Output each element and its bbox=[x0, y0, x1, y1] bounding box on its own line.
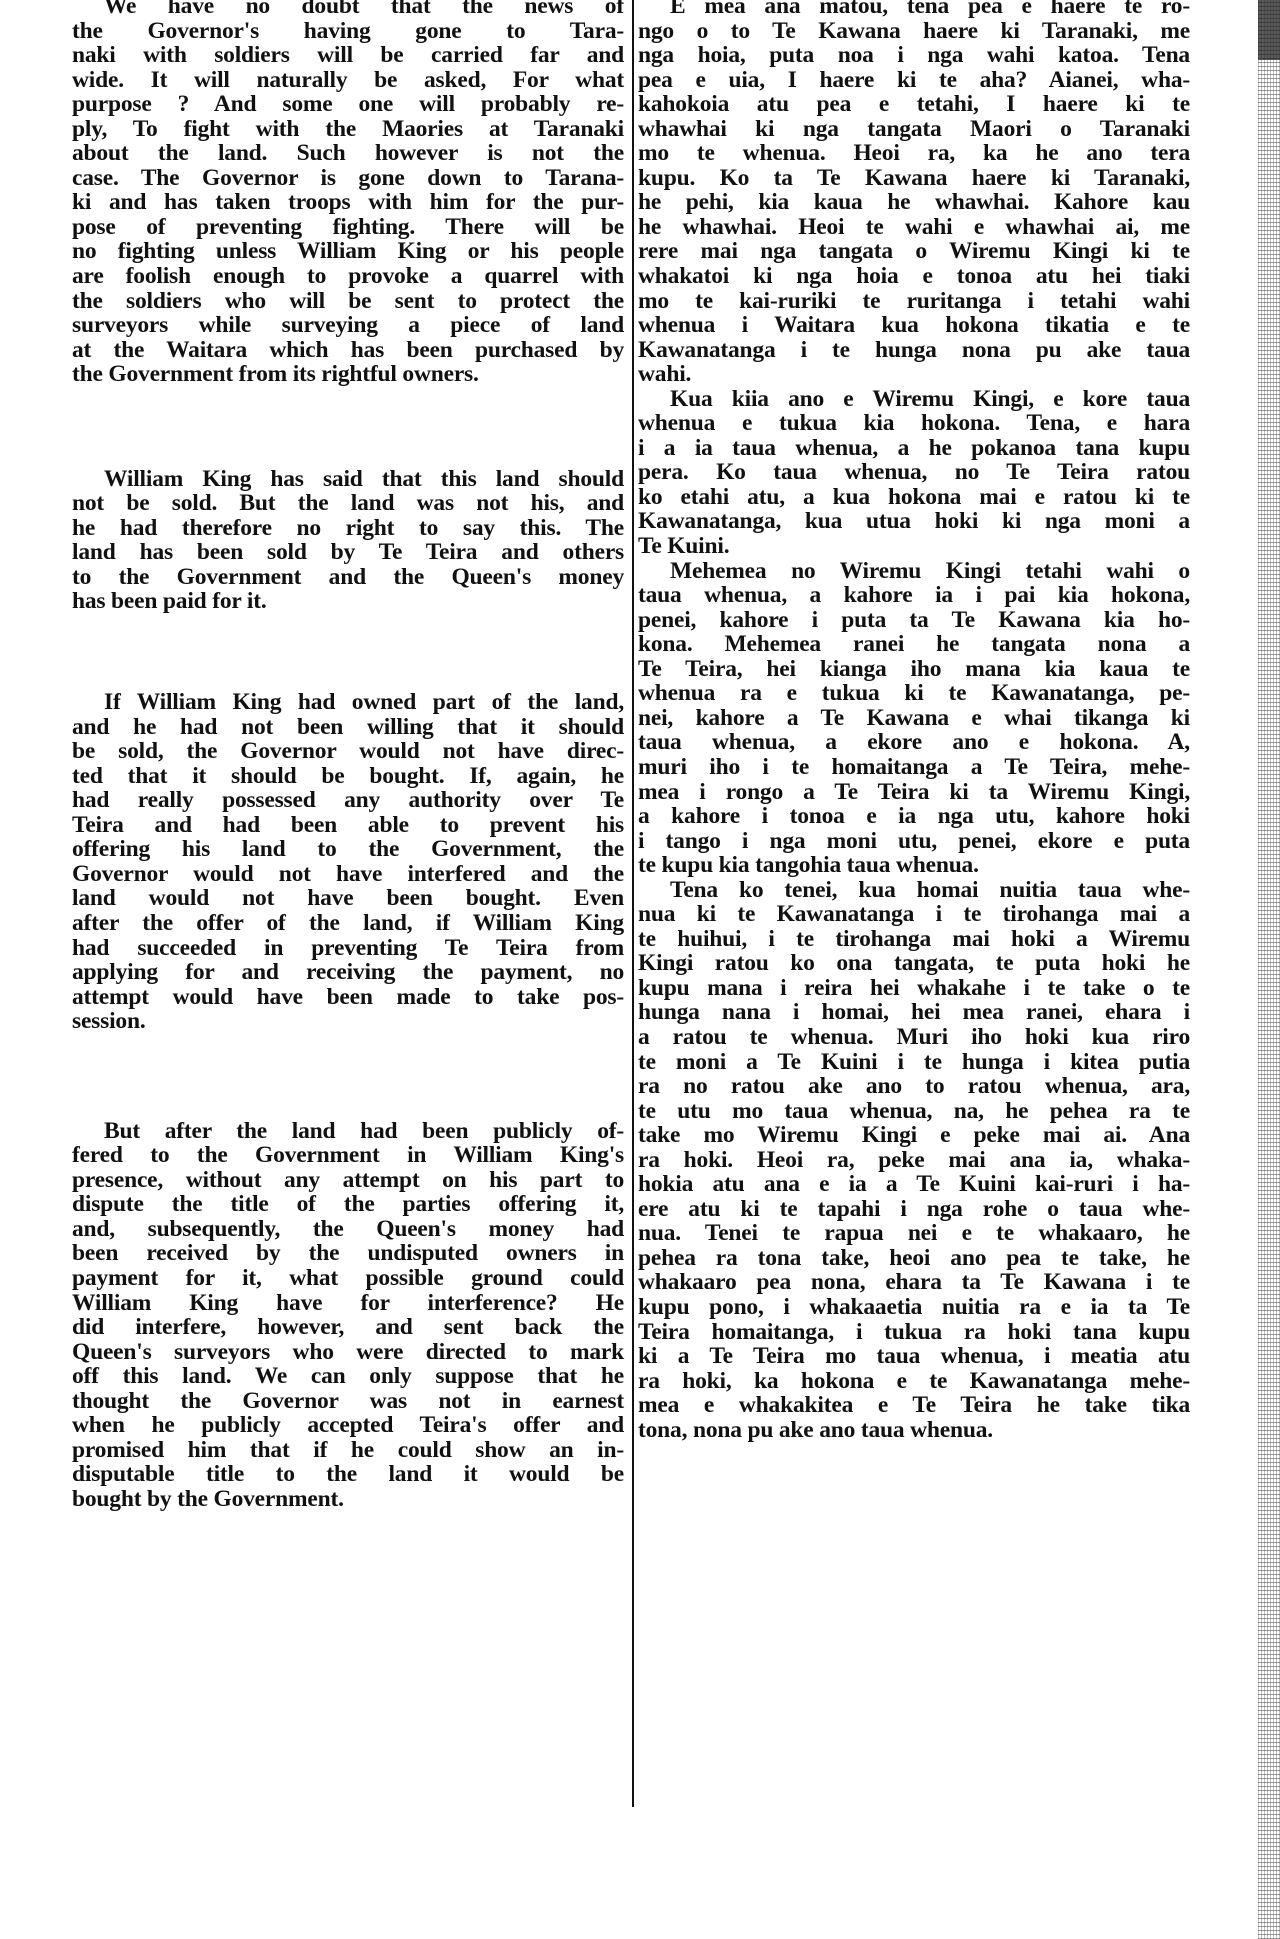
text-line: thought the Governor was not in earnest bbox=[72, 1389, 624, 1414]
text-line: nua ki te Kawanatanga i te tirohanga mai… bbox=[638, 902, 1190, 927]
text-line: kupu pono, i whakaaetia nuitia ra e ia t… bbox=[638, 1295, 1190, 1320]
text-line: mo te kai-ruriki te ruritanga i tetahi w… bbox=[638, 289, 1190, 314]
text-line: and he had not been willing that it shou… bbox=[72, 715, 624, 740]
text-line: hokia atu ana e ia a Te Kuini kai-ruri i… bbox=[638, 1172, 1190, 1197]
text-line: muri iho i te homaitanga a Te Teira, meh… bbox=[638, 755, 1190, 780]
text-line: a kahore i tonoa e ia nga utu, kahore ho… bbox=[638, 804, 1190, 829]
text-line: disputable title to the land it would be bbox=[72, 1462, 624, 1487]
text-line: at the Waitara which has been purchased … bbox=[72, 338, 624, 363]
text-line: ere atu ki te tapahi i nga rohe o taua w… bbox=[638, 1197, 1190, 1222]
text-line: whawhai ki nga tangata Maori o Taranaki bbox=[638, 117, 1190, 142]
text-line: wahi. bbox=[638, 362, 1190, 387]
text-line: kona. Mehemea ranei he tangata nona a bbox=[638, 632, 1190, 657]
paragraph-4: Tena ko tenei, kua homai nuitia taua whe… bbox=[638, 878, 1190, 1443]
text-line: ki and has taken troops with him for the… bbox=[72, 190, 624, 215]
text-line: Kingi ratou ko ona tangata, te puta hoki… bbox=[638, 951, 1190, 976]
text-line: nua. Tenei te rapua nei e te whakaaro, h… bbox=[638, 1221, 1190, 1246]
text-line: whakatoi ki nga hoia e tonoa atu hei tia… bbox=[638, 264, 1190, 289]
maori-column: E mea ana matou, tena pea e haere te ro-… bbox=[638, 0, 1190, 1442]
text-line: wide. It will naturally be asked, For wh… bbox=[72, 68, 624, 93]
text-line: kupu mana i reira hei whakahe i te take … bbox=[638, 976, 1190, 1001]
text-line: Governor would not have interfered and t… bbox=[72, 862, 624, 887]
paragraph-2: Kua kiia ano e Wiremu Kingi, e kore taua… bbox=[638, 387, 1190, 559]
text-line: did interfere, however, and sent back th… bbox=[72, 1315, 624, 1340]
text-line: whakaaro pea nona, ehara ta Te Kawana i … bbox=[638, 1270, 1190, 1295]
text-line: be sold, the Governor would not have dir… bbox=[72, 739, 624, 764]
text-line: taua whenua, a kahore ia i pai kia hokon… bbox=[638, 583, 1190, 608]
text-line: te kupu kia tangohia taua whenua. bbox=[638, 853, 1190, 878]
text-line: land would not have been bought. Even bbox=[72, 886, 624, 911]
paragraph-4: But after the land had been publicly of-… bbox=[72, 1119, 624, 1512]
text-line: naki with soldiers will be carried far a… bbox=[72, 43, 624, 68]
paragraph-3: If William King had owned part of the la… bbox=[72, 690, 624, 1034]
text-line: Kawanatanga i te hunga nona pu ake taua bbox=[638, 338, 1190, 363]
text-line: ko etahi atu, a kua hokona mai e ratou k… bbox=[638, 485, 1190, 510]
text-line: mo te whenua. Heoi ra, ka he ano tera bbox=[638, 141, 1190, 166]
text-line: been received by the undisputed owners i… bbox=[72, 1241, 624, 1266]
text-line: E mea ana matou, tena pea e haere te ro- bbox=[638, 0, 1190, 19]
paragraph-gap bbox=[72, 387, 624, 467]
text-line: Teira and had been able to prevent his bbox=[72, 813, 624, 838]
text-line: pea e uia, I haere ki te aha? Aianei, wh… bbox=[638, 68, 1190, 93]
text-line: pehea ra tona take, heoi ano pea te take… bbox=[638, 1246, 1190, 1271]
column-divider bbox=[632, 0, 634, 1807]
text-line: Kawanatanga, kua utua hoki ki nga moni a bbox=[638, 509, 1190, 534]
text-line: hunga nana i homai, hei mea ranei, ehara… bbox=[638, 1000, 1190, 1025]
text-line: If William King had owned part of the la… bbox=[72, 690, 624, 715]
text-line: pera. Ko taua whenua, no Te Teira ratou bbox=[638, 460, 1190, 485]
text-line: te moni a Te Kuini i te hunga i kitea pu… bbox=[638, 1050, 1190, 1075]
text-line: not be sold. But the land was not his, a… bbox=[72, 491, 624, 516]
paragraph-gap bbox=[72, 614, 624, 690]
text-line: taua whenua, a ekore ano e hokona. A, bbox=[638, 730, 1190, 755]
text-line: bought by the Government. bbox=[72, 1487, 624, 1512]
text-line: ngo o to Te Kawana haere ki Taranaki, me bbox=[638, 19, 1190, 44]
text-line: payment for it, what possible ground cou… bbox=[72, 1266, 624, 1291]
paragraph-1: We have no doubt that the news of the Go… bbox=[72, 0, 624, 387]
text-line: Te Kuini. bbox=[638, 534, 1190, 559]
text-line: ted that it should be bought. If, again,… bbox=[72, 764, 624, 789]
text-line: he had therefore no right to say this. T… bbox=[72, 516, 624, 541]
text-line: i a ia taua whenua, a he pokanoa tana ku… bbox=[638, 436, 1190, 461]
text-line: ra no ratou ake ano to ratou whenua, ara… bbox=[638, 1074, 1190, 1099]
text-line: had succeeded in preventing Te Teira fro… bbox=[72, 936, 624, 961]
text-line: penei, kahore i puta ta Te Kawana kia ho… bbox=[638, 608, 1190, 633]
text-line: dispute the title of the parties offerin… bbox=[72, 1192, 624, 1217]
text-line: promised him that if he could show an in… bbox=[72, 1438, 624, 1463]
text-line: after the offer of the land, if William … bbox=[72, 911, 624, 936]
text-line: are foolish enough to provoke a quarrel … bbox=[72, 264, 624, 289]
paragraph-2: William King has said that this land sho… bbox=[72, 467, 624, 614]
text-line: We have no doubt that the news of bbox=[72, 0, 624, 19]
text-line: Queen's surveyors who were directed to m… bbox=[72, 1340, 624, 1365]
text-line: when he publicly accepted Teira's offer … bbox=[72, 1413, 624, 1438]
text-line: ki a Te Teira mo taua whenua, i meatia a… bbox=[638, 1344, 1190, 1369]
text-line: the soldiers who will be sent to protect… bbox=[72, 289, 624, 314]
text-line: about the land. Such however is not the bbox=[72, 141, 624, 166]
page-edge-shadow bbox=[1258, 0, 1280, 60]
text-line: te huihui, i te tirohanga mai hoki a Wir… bbox=[638, 927, 1190, 952]
text-line: But after the land had been publicly of- bbox=[72, 1119, 624, 1144]
english-column: We have no doubt that the news of the Go… bbox=[72, 0, 624, 1511]
text-line: Tena ko tenei, kua homai nuitia taua whe… bbox=[638, 878, 1190, 903]
text-line: he pehi, kia kaua he whawhai. Kahore kau bbox=[638, 190, 1190, 215]
text-line: nga hoia, puta noa i nga wahi katoa. Ten… bbox=[638, 43, 1190, 68]
text-line: land has been sold by Te Teira and other… bbox=[72, 540, 624, 565]
text-line: tona, nona pu ake ano taua whenua. bbox=[638, 1418, 1190, 1443]
text-line: nei, kahore a Te Kawana e whai tikanga k… bbox=[638, 706, 1190, 731]
text-line: Kua kiia ano e Wiremu Kingi, e kore taua bbox=[638, 387, 1190, 412]
text-line: session. bbox=[72, 1009, 624, 1034]
text-line: the Governor's having gone to Tara- bbox=[72, 19, 624, 44]
text-line: ply, To fight with the Maories at Tarana… bbox=[72, 117, 624, 142]
text-line: te utu mo taua whenua, na, he pehea ra t… bbox=[638, 1099, 1190, 1124]
text-line: applying for and receiving the payment, … bbox=[72, 960, 624, 985]
newspaper-page: We have no doubt that the news of the Go… bbox=[0, 0, 1280, 1939]
text-line: the Government from its rightful owners. bbox=[72, 362, 624, 387]
text-line: mea e whakakitea e Te Teira he take tika bbox=[638, 1393, 1190, 1418]
text-line: presence, without any attempt on his par… bbox=[72, 1168, 624, 1193]
text-line: off this land. We can only suppose that … bbox=[72, 1364, 624, 1389]
text-line: purpose ? And some one will probably re- bbox=[72, 92, 624, 117]
text-line: fered to the Government in William King'… bbox=[72, 1143, 624, 1168]
text-line: ra hoki. Heoi ra, peke mai ana ia, whaka… bbox=[638, 1148, 1190, 1173]
text-line: mea i rongo a Te Teira ki ta Wiremu King… bbox=[638, 780, 1190, 805]
text-line: offering his land to the Government, the bbox=[72, 837, 624, 862]
text-line: and, subsequently, the Queen's money had bbox=[72, 1217, 624, 1242]
text-line: a ratou te whenua. Muri iho hoki kua rir… bbox=[638, 1025, 1190, 1050]
text-line: William King has said that this land sho… bbox=[72, 467, 624, 492]
text-line: Mehemea no Wiremu Kingi tetahi wahi o bbox=[638, 559, 1190, 584]
page-edge-scan-noise bbox=[1258, 0, 1280, 1939]
text-line: case. The Governor is gone down to Taran… bbox=[72, 166, 624, 191]
text-line: Te Teira, hei kianga iho mana kia kaua t… bbox=[638, 657, 1190, 682]
text-line: kahokoia atu pea e tetahi, I haere ki te bbox=[638, 92, 1190, 117]
text-line: attempt would have been made to take pos… bbox=[72, 985, 624, 1010]
text-line: has been paid for it. bbox=[72, 589, 624, 614]
text-line: ra hoki, ka hokona e te Kawanatanga mehe… bbox=[638, 1369, 1190, 1394]
text-line: rere mai nga tangata o Wiremu Kingi ki t… bbox=[638, 239, 1190, 264]
text-line: whenua ra e tukua ki te Kawanatanga, pe- bbox=[638, 681, 1190, 706]
text-line: he whawhai. Heoi te wahi e whawhai ai, m… bbox=[638, 215, 1190, 240]
text-line: i tango i nga moni utu, penei, ekore e p… bbox=[638, 829, 1190, 854]
text-line: had really possessed any authority over … bbox=[72, 788, 624, 813]
text-line: no fighting unless William King or his p… bbox=[72, 239, 624, 264]
text-line: Teira homaitanga, i tukua ra hoki tana k… bbox=[638, 1320, 1190, 1345]
text-line: to the Government and the Queen's money bbox=[72, 565, 624, 590]
text-line: whenua i Waitara kua hokona tikatia e te bbox=[638, 313, 1190, 338]
text-line: take mo Wiremu Kingi e peke mai ai. Ana bbox=[638, 1123, 1190, 1148]
paragraph-1: E mea ana matou, tena pea e haere te ro-… bbox=[638, 0, 1190, 387]
text-line: pose of preventing fighting. There will … bbox=[72, 215, 624, 240]
paragraph-gap bbox=[72, 1034, 624, 1119]
paragraph-3: Mehemea no Wiremu Kingi tetahi wahi o ta… bbox=[638, 559, 1190, 878]
text-line: William King have for interference? He bbox=[72, 1291, 624, 1316]
text-line: kupu. Ko ta Te Kawana haere ki Taranaki, bbox=[638, 166, 1190, 191]
text-line: surveyors while surveying a piece of lan… bbox=[72, 313, 624, 338]
text-line: whenua e tukua kia hokona. Tena, e hara bbox=[638, 411, 1190, 436]
